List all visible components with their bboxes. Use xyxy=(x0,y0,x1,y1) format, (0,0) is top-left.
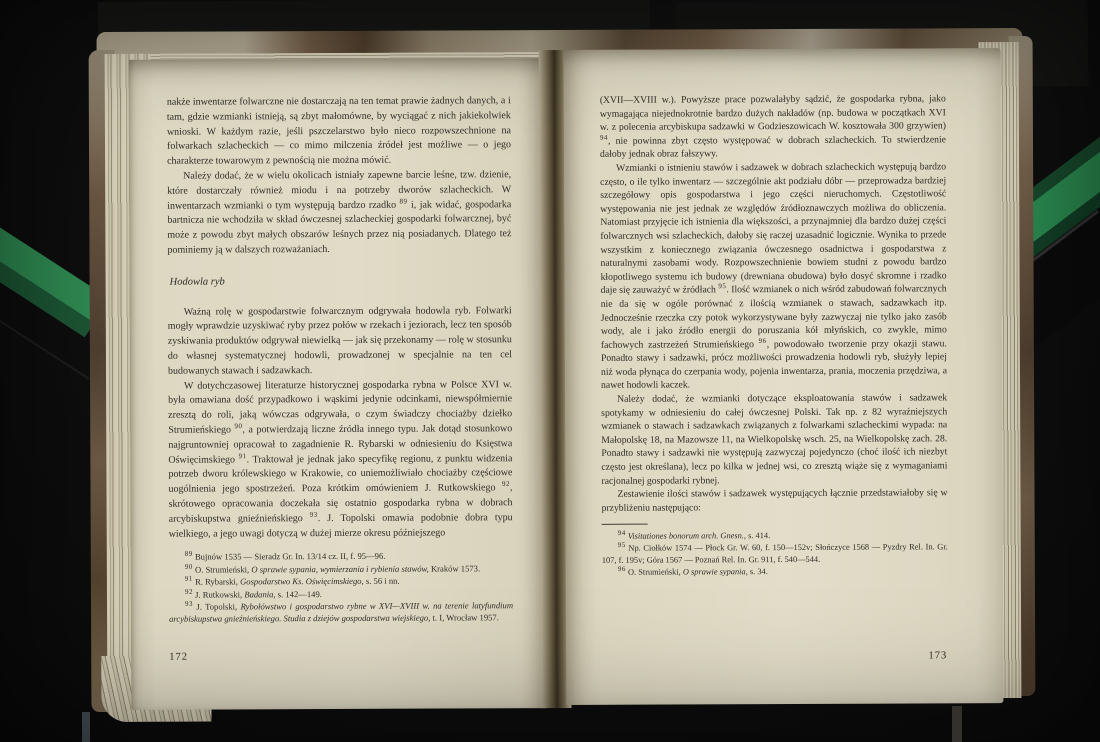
open-book: nakże inwentarze folwarczne nie dostarcz… xyxy=(86,26,1037,722)
page-number: 172 xyxy=(169,652,188,663)
footnote: 93 J. Topolski, Rybołówstwo i gospodarst… xyxy=(169,599,513,625)
paragraph: Należy dodać, że w wielu okolicach istni… xyxy=(167,168,511,258)
paragraph: Ważną rolę w gospodarstwie folwarcznym o… xyxy=(168,304,512,379)
footnote: 90 O. Strumieński, O sprawie sypania, wy… xyxy=(169,562,513,576)
paragraph: (XVII—XVIII w.). Powyższe prace pozwalał… xyxy=(600,92,946,161)
page-right: (XVII—XVIII w.). Powyższe prace pozwalał… xyxy=(564,48,1004,705)
page-number: 173 xyxy=(928,650,947,661)
footnotes-block: 89 Bujnów 1535 — Sieradz Gr. In. 13/14 c… xyxy=(169,550,513,626)
paragraph: Zestawienie ilości stawów i sadzawek wys… xyxy=(601,487,947,516)
book-strap-left xyxy=(82,712,90,742)
book-strap-right xyxy=(952,706,962,742)
paragraph: Wzmianki o istnieniu stawów i sadzawek w… xyxy=(600,160,947,393)
footnote: 95 Np. Ciołków 1574 — Płock Gr. W. 60, f… xyxy=(602,542,948,567)
paragraph: Należy dodać, że wzmianki dotyczące eksp… xyxy=(601,391,947,488)
section-heading: Hodowla ryb xyxy=(170,274,512,290)
paragraph: nakże inwentarze folwarczne nie dostarcz… xyxy=(167,94,511,169)
footnote-separator xyxy=(602,524,648,525)
page-left: nakże inwentarze folwarczne nie dostarcz… xyxy=(129,58,547,710)
page-left-text-block: nakże inwentarze folwarczne nie dostarcz… xyxy=(167,94,513,625)
paragraph: W dotychczasowej literaturze historyczne… xyxy=(168,378,513,542)
photo-background: nakże inwentarze folwarczne nie dostarcz… xyxy=(0,0,1100,742)
footnotes-block: 94 Visitationes bonorum arch. Gnesn., s.… xyxy=(602,530,948,579)
footnote: 96 O. Strumieński, O sprawie sypania, s.… xyxy=(602,565,948,578)
page-right-text-block: (XVII—XVIII w.). Powyższe prace pozwalał… xyxy=(600,92,948,579)
